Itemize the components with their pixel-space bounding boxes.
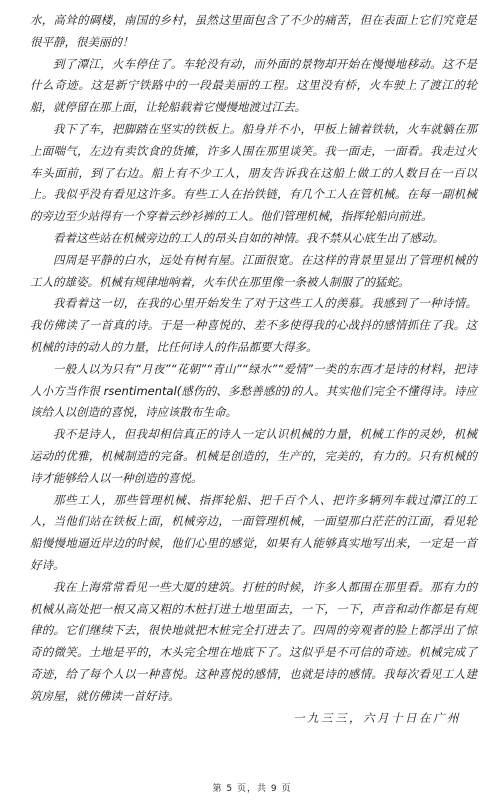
- document-page: 水，高耸的碉楼，南国的乡村，虽然这里面包含了不少的痛苦，但在表面上它们究竟是很平…: [0, 0, 504, 811]
- paragraph: 四周是平静的白水，远处有树有屋。江面很宽。在这样的背景里显出了管理机械的工人的雄…: [30, 250, 477, 294]
- page-number-text: 第 5 页，共 9 页: [213, 784, 292, 794]
- document-body: 水，高耸的碉楼，南国的乡村，虽然这里面包含了不少的痛苦，但在表面上它们究竟是很平…: [30, 10, 477, 708]
- page-footer: 第 5 页，共 9 页: [0, 776, 504, 795]
- paragraph: 那些工人，那些管理机械、指挥轮船、把千百个人、把许多辆列车载过潭江的工人，当他们…: [30, 490, 477, 577]
- paragraph: 我下了车，把脚踏在坚实的铁板上。船身并不小，甲板上铺着铁轨，火车就躺在那上面喘气…: [30, 119, 477, 228]
- paragraph: 一般人以为只有“月夜”“花朝”“青山”“绿水”“爱情”一类的东西才是诗的材料，把…: [30, 359, 477, 424]
- paragraph: 水，高耸的碉楼，南国的乡村，虽然这里面包含了不少的痛苦，但在表面上它们究竟是很平…: [30, 10, 477, 54]
- paragraph: 我看着这一切，在我的心里开始发生了对于这些工人的羡慕。我感到了一种诗情。我仿佛读…: [30, 293, 477, 358]
- paragraph: 看着这些站在机械旁边的工人的昂头自如的神情。我不禁从心底生出了感动。: [30, 228, 477, 250]
- paragraph: 我在上海常常看见一些大厦的建筑。打桩的时候，许多人都围在那里看。那有力的机械从高…: [30, 577, 477, 708]
- paragraph: 我不是诗人，但我却相信真正的诗人一定认识机械的力量，机械工作的灵妙，机械运动的优…: [30, 424, 477, 489]
- dateline: 一九三三，六月十日在广州: [30, 708, 477, 730]
- paragraph: 到了潭江，火车停住了。车轮没有动，而外面的景物却开始在慢慢地移动。这不是什么奇迹…: [30, 54, 477, 119]
